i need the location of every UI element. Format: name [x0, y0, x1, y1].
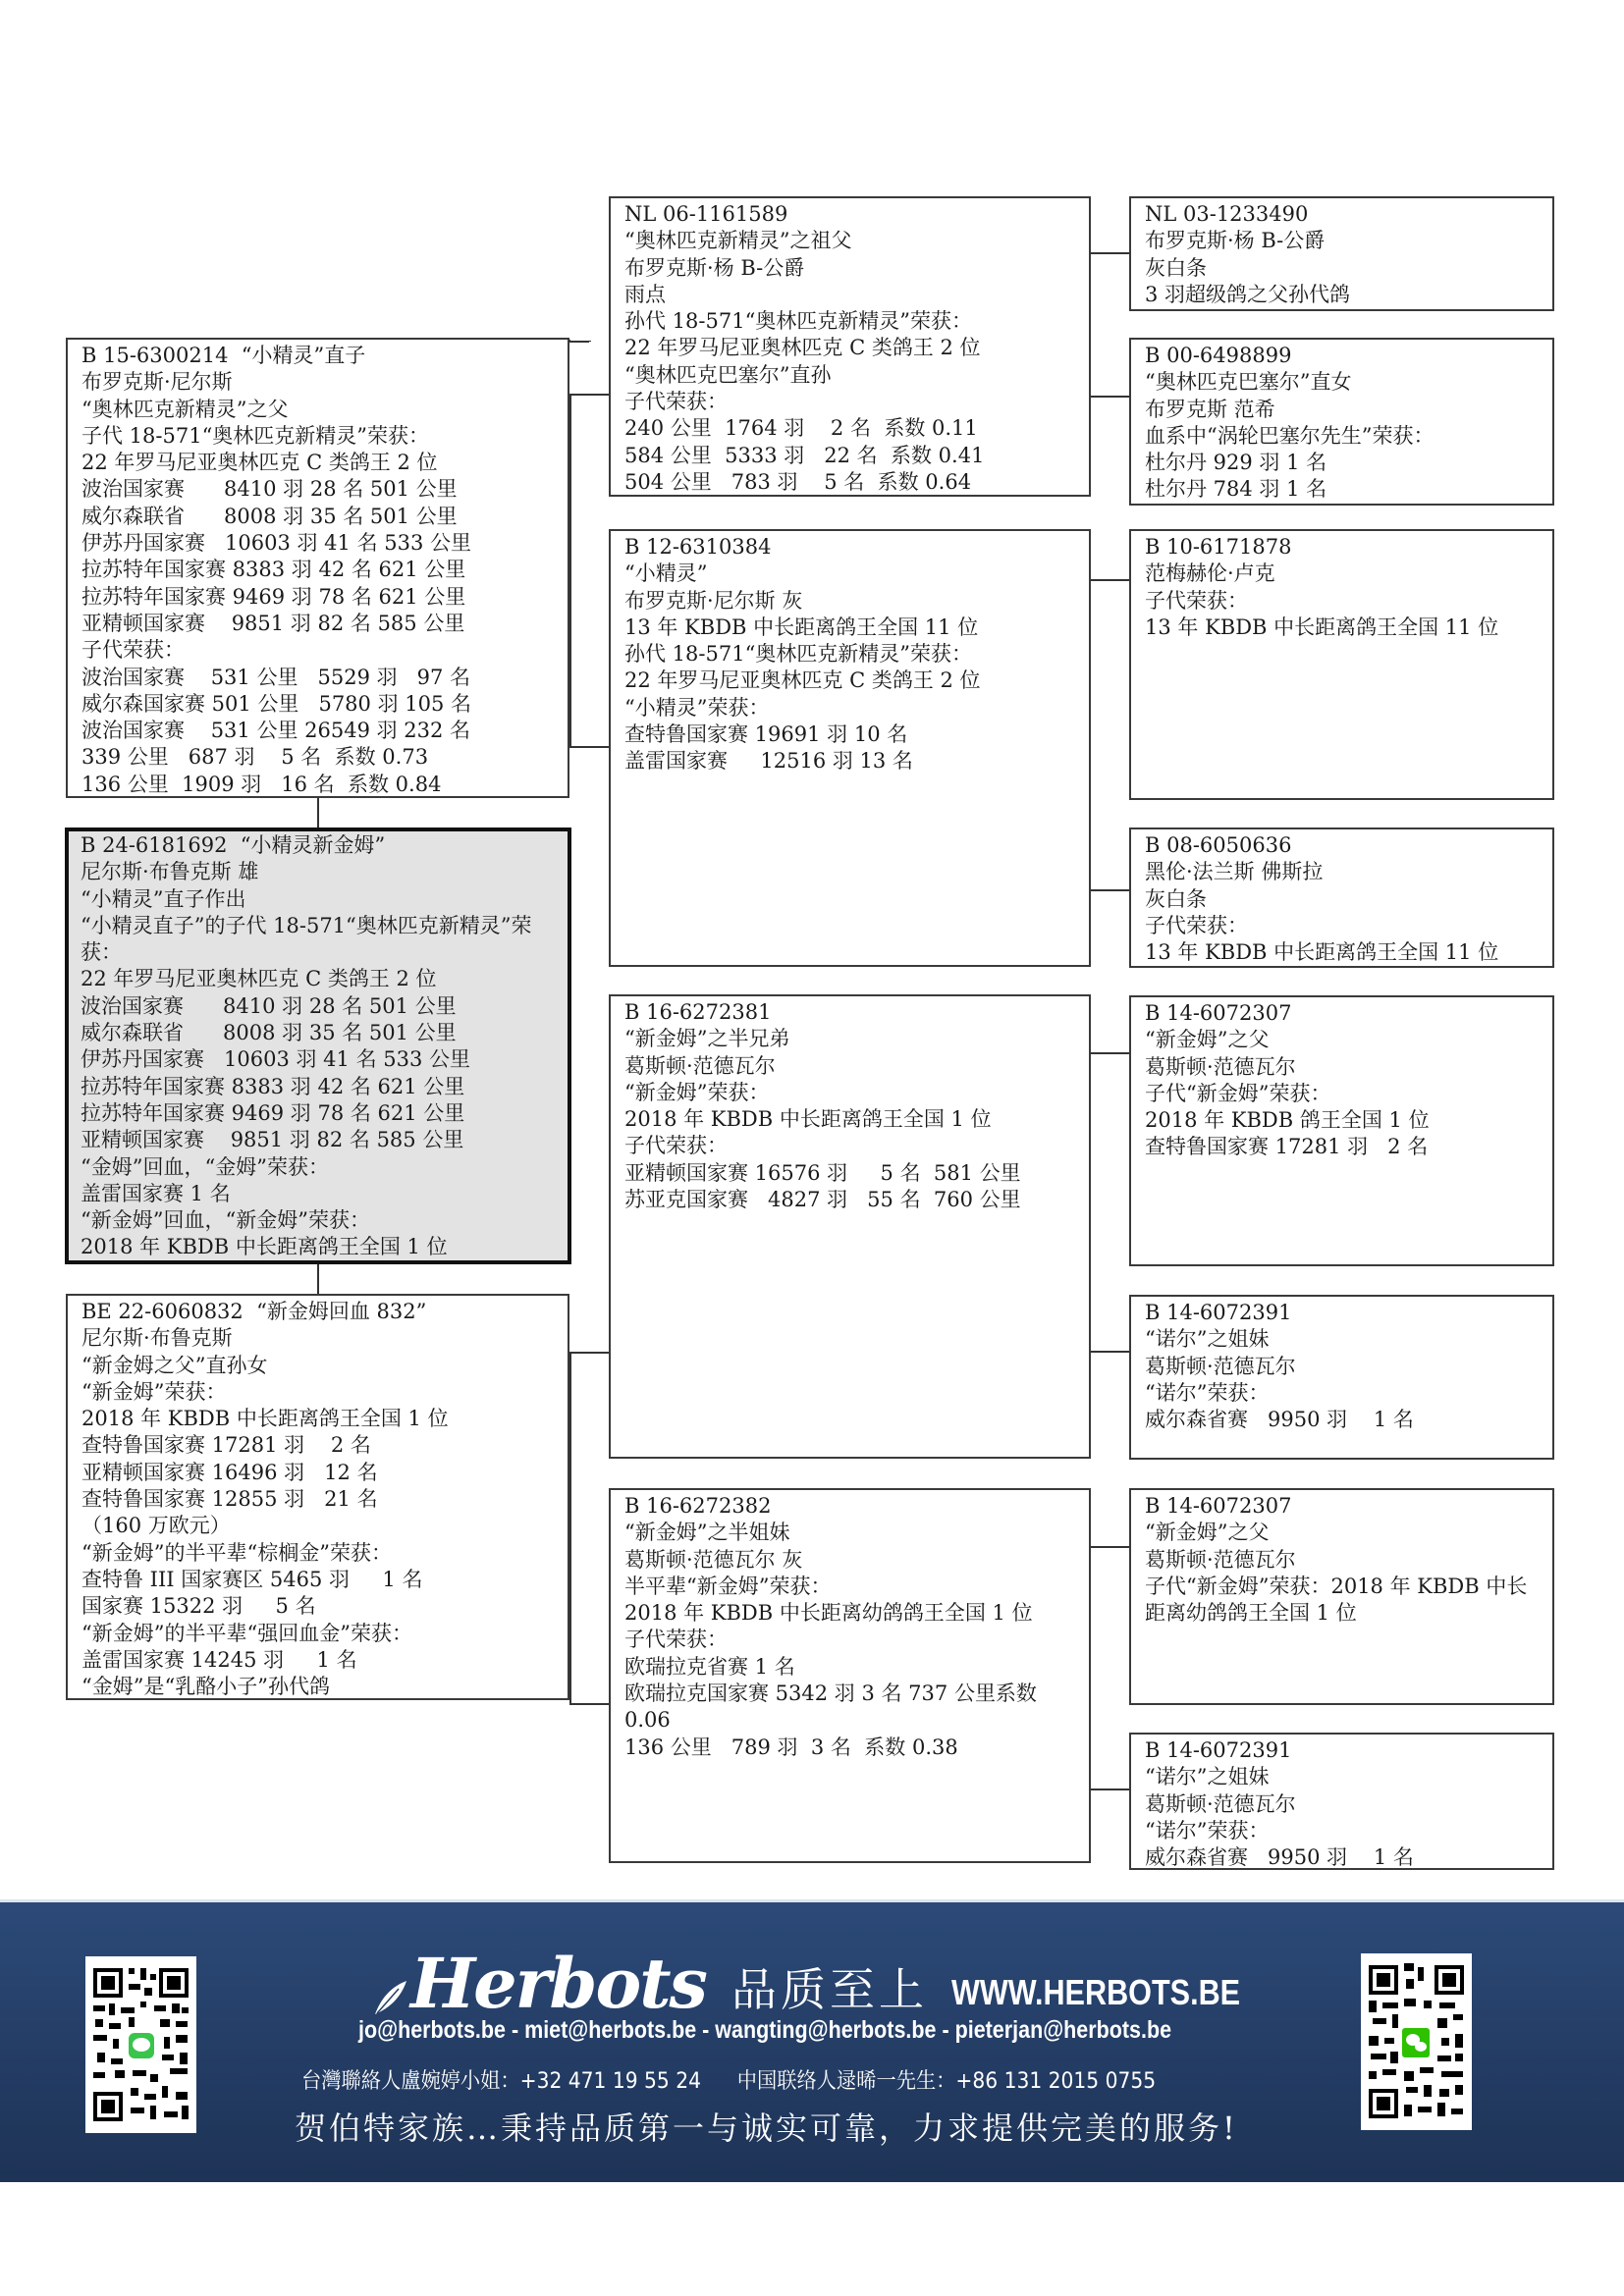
connector	[317, 1262, 319, 1294]
card-line: 584 公里 5333 羽 22 名 系数 0.41	[624, 443, 1075, 469]
connector	[569, 341, 589, 343]
subject-line: 伊苏丹国家赛 10603 羽 41 名 533 公里	[81, 1046, 556, 1073]
sire-line: 波治国家赛 8410 羽 28 名 501 公里	[81, 476, 554, 503]
sire-line: 伊苏丹国家赛 10603 羽 41 名 533 公里	[81, 530, 554, 557]
subject-line: B 24-6181692 “小精灵新金姆”	[81, 832, 556, 859]
sire-line: 波治国家赛 531 公里 26549 羽 232 名	[81, 718, 554, 744]
card-line: 欧瑞拉克国家赛 5342 羽 3 名 737 公里系数 0.06	[624, 1681, 1075, 1735]
line-qr-code[interactable]	[85, 1956, 196, 2133]
connector	[317, 797, 319, 828]
card-line: 范梅赫伦·卢克	[1145, 561, 1539, 587]
sire-line: B 15-6300214 “小精灵”直子	[81, 343, 554, 369]
grandparent-card-sire-dam: B 12-6310384 “小精灵” 布罗克斯·尼尔斯 灰 13 年 KBDB …	[609, 529, 1091, 967]
card-line: 灰白条	[1145, 255, 1539, 282]
dam-line: 查特鲁国家赛 17281 羽 2 名	[81, 1432, 554, 1459]
dam-line: 查特鲁 III 国家赛区 5465 羽 1 名	[81, 1567, 554, 1593]
card-line: 子代荣获：	[624, 389, 1075, 415]
great-grandparent-card-5: B 14-6072307 “新金姆”之父 葛斯顿·范德瓦尔 子代“新金姆”荣获：…	[1129, 995, 1554, 1266]
feather-icon	[373, 1979, 408, 2018]
grandparent-card-dam-dam: B 16-6272382 “新金姆”之半姐妹 葛斯顿·范德瓦尔 灰 半平辈“新金…	[609, 1488, 1091, 1863]
subject-line: 拉苏特年国家赛 8383 羽 42 名 621 公里	[81, 1074, 556, 1100]
card-line: 葛斯顿·范德瓦尔	[624, 1053, 1075, 1080]
dam-line: “新金姆”的半平辈“强回血金”荣获：	[81, 1621, 554, 1647]
subject-line: 22 年罗马尼亚奥林匹克 C 类鸽王 2 位	[81, 966, 556, 992]
sire-card: B 15-6300214 “小精灵”直子 布罗克斯·尼尔斯 “奥林匹克新精灵”之…	[66, 338, 569, 798]
email-list[interactable]: jo@herbots.be - miet@herbots.be - wangti…	[358, 2016, 1169, 2045]
grandparent-card-dam-sire: B 16-6272381 “新金姆”之半兄弟 葛斯顿·范德瓦尔 “新金姆”荣获：…	[609, 994, 1091, 1459]
connector	[1090, 1052, 1129, 1054]
card-line: 黑伦·法兰斯 佛斯拉	[1145, 859, 1539, 885]
card-line: 13 年 KBDB 中长距离鸽王全国 11 位	[624, 614, 1075, 641]
contact-china: 中国联络人逯晞一先生：+86 131 2015 0755	[737, 2069, 1156, 2094]
connector	[569, 746, 609, 748]
dam-line: 尼尔斯·布鲁克斯	[81, 1325, 554, 1352]
company-motto: 贺伯特家族…秉持品质第一与诚实可靠，力求提供完美的服务!	[295, 2104, 1335, 2149]
sire-line: 亚精顿国家赛 9851 羽 82 名 585 公里	[81, 611, 554, 637]
sire-line: 布罗克斯·尼尔斯	[81, 369, 554, 396]
contact-taiwan: 台灣聯絡人盧婉婷小姐：+32 471 19 55 24	[301, 2069, 701, 2094]
card-line: 布罗克斯·杨 B-公爵	[624, 255, 1075, 282]
card-line: 查特鲁国家赛 17281 羽 2 名	[1145, 1134, 1539, 1160]
great-grandparent-card-7: B 14-6072307 “新金姆”之父 葛斯顿·范德瓦尔 子代“新金姆”荣获：…	[1129, 1488, 1554, 1705]
card-line: 查特鲁国家赛 19691 羽 10 名	[624, 721, 1075, 748]
subject-line: 威尔森联省 8008 羽 35 名 501 公里	[81, 1020, 556, 1046]
dam-line: （160 万欧元）	[81, 1513, 554, 1539]
card-line: “诺尔”荣获：	[1145, 1380, 1539, 1407]
card-line: 子代荣获：	[624, 1627, 1075, 1653]
dam-line: “新金姆”的半平辈“棕榈金”荣获：	[81, 1540, 554, 1567]
card-line: “诺尔”荣获：	[1145, 1818, 1539, 1844]
card-line: B 14-6072307	[1145, 1000, 1539, 1027]
connector	[569, 394, 571, 746]
sire-line: 拉苏特年国家赛 9469 羽 78 名 621 公里	[81, 584, 554, 611]
card-line: 葛斯顿·范德瓦尔 灰	[624, 1547, 1075, 1574]
card-line: NL 03-1233490	[1145, 201, 1539, 228]
card-line: 13 年 KBDB 中长距离鸽王全国 11 位	[1145, 939, 1539, 966]
card-line: 136 公里 789 羽 3 名 系数 0.38	[624, 1735, 1075, 1761]
card-line: “奥林匹克巴塞尔”直孙	[624, 362, 1075, 389]
contact-row: 台灣聯絡人盧婉婷小姐：+32 471 19 55 24中国联络人逯晞一先生：+8…	[301, 2064, 1241, 2095]
brand-row: Herbots 品质至上 WWW.HERBOTS.BE	[373, 1940, 1291, 2018]
card-line: “小精灵”	[624, 561, 1075, 587]
connector	[1090, 1789, 1129, 1790]
footer-banner: Herbots 品质至上 WWW.HERBOTS.BE jo@herbots.b…	[0, 1899, 1624, 2182]
card-line: 2018 年 KBDB 中长距离幼鸽鸽王全国 1 位	[624, 1600, 1075, 1627]
card-line: 威尔森省赛 9950 羽 1 名	[1145, 1407, 1539, 1433]
dam-line: “新金姆”荣获：	[81, 1379, 554, 1406]
card-line: “小精灵”荣获：	[624, 695, 1075, 721]
sire-line: 威尔森国家赛 501 公里 5780 羽 105 名	[81, 691, 554, 718]
card-line: “新金姆”之半姐妹	[624, 1520, 1075, 1546]
card-line: NL 06-1161589	[624, 201, 1075, 228]
sire-line: 339 公里 687 羽 5 名 系数 0.73	[81, 744, 554, 771]
card-line: “诺尔”之姐妹	[1145, 1326, 1539, 1353]
subject-line: 2018 年 KBDB 中长距离鸽王全国 1 位	[81, 1234, 556, 1260]
card-line: “新金姆”之父	[1145, 1027, 1539, 1053]
subject-line: 波治国家赛 8410 羽 28 名 501 公里	[81, 993, 556, 1020]
subject-line: 亚精顿国家赛 9851 羽 82 名 585 公里	[81, 1127, 556, 1153]
card-line: 灰白条	[1145, 886, 1539, 913]
wechat-qr-code[interactable]	[1361, 1953, 1472, 2130]
card-line: 2018 年 KBDB 中长距离鸽王全国 1 位	[624, 1106, 1075, 1133]
card-line: B 00-6498899	[1145, 343, 1539, 369]
great-grandparent-card-1: NL 03-1233490 布罗克斯·杨 B-公爵 灰白条 3 羽超级鸽之父孙代…	[1129, 196, 1554, 311]
card-line: B 14-6072391	[1145, 1300, 1539, 1326]
card-line: 13 年 KBDB 中长距离鸽王全国 11 位	[1145, 614, 1539, 641]
sire-line: 子代 18-571“奥林匹克新精灵”荣获：	[81, 423, 554, 450]
card-line: 亚精顿国家赛 16576 羽 5 名 581 公里	[624, 1160, 1075, 1187]
qr-code-icon	[85, 1956, 196, 2133]
sire-line: 拉苏特年国家赛 8383 羽 42 名 621 公里	[81, 557, 554, 583]
card-line: “奥林匹克巴塞尔”直女	[1145, 369, 1539, 396]
qr-code-icon	[1361, 1953, 1472, 2130]
card-line: 雨点	[624, 282, 1075, 308]
card-line: 布罗克斯·杨 B-公爵	[1145, 228, 1539, 254]
card-line: “诺尔”之姐妹	[1145, 1764, 1539, 1790]
card-line: B 08-6050636	[1145, 832, 1539, 859]
sire-line: 波治国家赛 531 公里 5529 羽 97 名	[81, 665, 554, 691]
card-line: 2018 年 KBDB 鸽王全国 1 位	[1145, 1107, 1539, 1134]
card-line: 22 年罗马尼亚奥林匹克 C 类鸽王 2 位	[624, 667, 1075, 694]
card-line: 子代“新金姆”荣获：2018 年 KBDB 中长距离幼鸽鸽王全国 1 位	[1145, 1574, 1539, 1628]
connector	[569, 1352, 571, 1703]
card-line: 葛斯顿·范德瓦尔	[1145, 1791, 1539, 1818]
sire-line: “奥林匹克新精灵”之父	[81, 397, 554, 423]
sire-line: 子代荣获：	[81, 637, 554, 664]
card-line: B 16-6272382	[624, 1493, 1075, 1520]
card-line: 布罗克斯·尼尔斯 灰	[624, 588, 1075, 614]
card-line: 子代荣获：	[1145, 588, 1539, 614]
card-line: 血系中“涡轮巴塞尔先生”荣获：	[1145, 423, 1539, 450]
great-grandparent-card-6: B 14-6072391 “诺尔”之姐妹 葛斯顿·范德瓦尔 “诺尔”荣获： 威尔…	[1129, 1295, 1554, 1460]
card-line: “奥林匹克新精灵”之祖父	[624, 228, 1075, 254]
subject-line: “金姆”回血，“金姆”荣获：	[81, 1154, 556, 1181]
great-grandparent-card-3: B 10-6171878 范梅赫伦·卢克 子代荣获： 13 年 KBDB 中长距…	[1129, 529, 1554, 800]
card-line: 22 年罗马尼亚奥林匹克 C 类鸽王 2 位	[624, 335, 1075, 361]
card-line: 欧瑞拉克省赛 1 名	[624, 1654, 1075, 1681]
great-grandparent-card-8: B 14-6072391 “诺尔”之姐妹 葛斯顿·范德瓦尔 “诺尔”荣获： 威尔…	[1129, 1733, 1554, 1870]
dam-card: BE 22-6060832 “新金姆回血 832” 尼尔斯·布鲁克斯 “新金姆之…	[66, 1294, 569, 1700]
connector	[1090, 579, 1129, 581]
card-line: 葛斯顿·范德瓦尔	[1145, 1054, 1539, 1081]
connector	[1090, 396, 1129, 398]
card-line: 子代“新金姆”荣获：	[1145, 1081, 1539, 1107]
dam-line: 查特鲁国家赛 12855 羽 21 名	[81, 1486, 554, 1513]
connector	[569, 394, 609, 396]
subject-line: 拉苏特年国家赛 9469 羽 78 名 621 公里	[81, 1100, 556, 1127]
card-line: 孙代 18-571“奥林匹克新精灵”荣获：	[624, 308, 1075, 335]
card-line: “新金姆”之半兄弟	[624, 1026, 1075, 1052]
sire-line: 22 年罗马尼亚奥林匹克 C 类鸽王 2 位	[81, 450, 554, 476]
card-line: B 14-6072307	[1145, 1493, 1539, 1520]
connector	[569, 1703, 609, 1705]
subject-line: “小精灵”直子作出	[81, 886, 556, 913]
card-line: “新金姆”荣获：	[624, 1080, 1075, 1106]
connector	[1090, 1351, 1129, 1353]
sire-line: 威尔森联省 8008 羽 35 名 501 公里	[81, 504, 554, 530]
card-line: 3 羽超级鸽之父孙代鸽	[1145, 282, 1539, 308]
subject-card: B 24-6181692 “小精灵新金姆” 尼尔斯·布鲁克斯 雄 “小精灵”直子…	[65, 828, 571, 1264]
card-line: 杜尔丹 929 羽 1 名	[1145, 450, 1539, 476]
subject-line: “新金姆”回血，“新金姆”荣获：	[81, 1207, 556, 1234]
card-line: 葛斯顿·范德瓦尔	[1145, 1547, 1539, 1574]
card-line: 葛斯顿·范德瓦尔	[1145, 1354, 1539, 1380]
connector	[569, 1352, 609, 1354]
card-line: 240 公里 1764 羽 2 名 系数 0.11	[624, 415, 1075, 442]
brand-name: Herbots	[410, 1949, 706, 2018]
dam-line: BE 22-6060832 “新金姆回血 832”	[81, 1299, 554, 1325]
connector	[1090, 252, 1129, 254]
subject-line: 盖雷国家赛 1 名	[81, 1181, 556, 1207]
dam-line: 盖雷国家赛 14245 羽 1 名	[81, 1647, 554, 1674]
great-grandparent-card-2: B 00-6498899 “奥林匹克巴塞尔”直女 布罗克斯 范希 血系中“涡轮巴…	[1129, 338, 1554, 506]
card-line: 杜尔丹 784 羽 1 名	[1145, 476, 1539, 503]
brand-slogan: 品质至上	[731, 1961, 928, 2018]
card-line: 孙代 18-571“奥林匹克新精灵”荣获：	[624, 641, 1075, 667]
herbots-logo: Herbots	[373, 1949, 706, 2018]
card-line: B 10-6171878	[1145, 534, 1539, 561]
card-line: 子代荣获：	[1145, 913, 1539, 939]
dam-line: 亚精顿国家赛 16496 羽 12 名	[81, 1460, 554, 1486]
card-line: 苏亚克国家赛 4827 羽 55 名 760 公里	[624, 1187, 1075, 1213]
subject-line: 尼尔斯·布鲁克斯 雄	[81, 859, 556, 885]
card-line: “新金姆”之父	[1145, 1520, 1539, 1546]
connector	[589, 341, 591, 342]
card-line: 子代荣获：	[624, 1133, 1075, 1159]
dam-line: “金姆”是“乳酪小子”孙代鸽	[81, 1674, 554, 1700]
card-line: B 16-6272381	[624, 999, 1075, 1026]
dam-line: “新金姆之父”直孙女	[81, 1353, 554, 1379]
card-line: 威尔森省赛 9950 羽 1 名	[1145, 1844, 1539, 1870]
great-grandparent-card-4: B 08-6050636 黑伦·法兰斯 佛斯拉 灰白条 子代荣获： 13 年 K…	[1129, 828, 1554, 968]
card-line: B 14-6072391	[1145, 1737, 1539, 1764]
connector	[1090, 889, 1129, 891]
dam-line: 2018 年 KBDB 中长距离鸽王全国 1 位	[81, 1406, 554, 1432]
sire-line: 136 公里 1909 羽 16 名 系数 0.84	[81, 772, 554, 798]
card-line: 布罗克斯 范希	[1145, 397, 1539, 423]
dam-line: 国家赛 15322 羽 5 名	[81, 1593, 554, 1620]
card-line: 504 公里 783 羽 5 名 系数 0.64	[624, 469, 1075, 496]
card-line: B 12-6310384	[624, 534, 1075, 561]
connector	[1090, 1546, 1129, 1548]
card-line: 盖雷国家赛 12516 羽 13 名	[624, 748, 1075, 774]
subject-line: “小精灵直子”的子代 18-571“奥林匹克新精灵”荣获：	[81, 913, 556, 967]
grandparent-card-sire-sire: NL 06-1161589 “奥林匹克新精灵”之祖父 布罗克斯·杨 B-公爵 雨…	[609, 196, 1091, 497]
card-line: 半平辈“新金姆”荣获：	[624, 1574, 1075, 1600]
website-link[interactable]: WWW.HERBOTS.BE	[951, 1967, 1240, 2018]
